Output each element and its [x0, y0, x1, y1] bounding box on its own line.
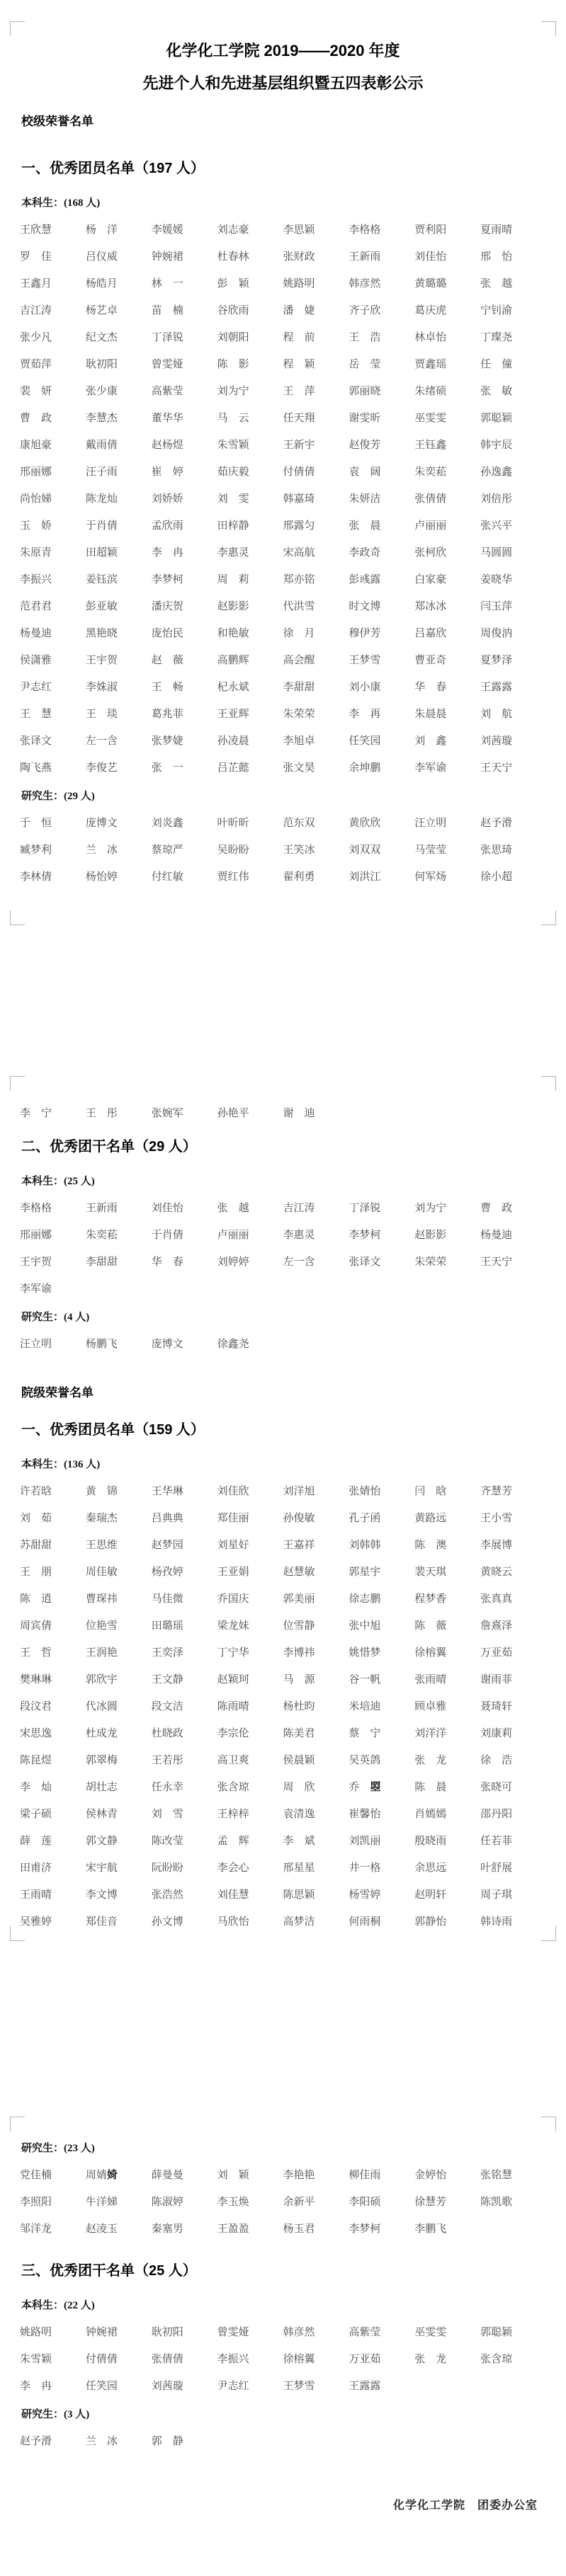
name-cell: 玉 娇	[20, 517, 86, 532]
name-cell: 李旭卓	[283, 733, 349, 748]
name-cell: 王 畅	[152, 679, 217, 694]
name-cell: 贾红伟	[217, 869, 283, 883]
name-cell: 赵俊芳	[349, 437, 414, 452]
name-cell: 樊琳琳	[20, 1671, 86, 1686]
name-cell: 时文博	[349, 598, 414, 613]
name-cell: 王奕泽	[152, 1644, 217, 1659]
name-cell: 朱原青	[20, 544, 86, 559]
group-label: 本科生：(136 人)	[21, 1457, 546, 1472]
name-cell: 刘为宁	[217, 383, 283, 398]
name-cell: 任永幸	[152, 1779, 217, 1794]
name-cell: 米培迪	[349, 1698, 414, 1713]
margin-corner-bottom-right-mark	[541, 910, 556, 925]
name-cell: 张 晨	[349, 517, 414, 532]
name-grid-row: 汪立明杨鹏飞庞博文徐鑫尧	[20, 1329, 546, 1356]
name-cell: 王宇贺	[20, 1254, 86, 1269]
name-grid: 于 恒庞博文刘炎鑫叶昕昕范东双黄欣欣汪立明赵予滑臧梦利兰 冰蔡琼严吴盼盼王笑冰刘…	[20, 808, 546, 889]
name-cell: 卢丽丽	[217, 1227, 283, 1242]
name-cell: 赵凌玉	[86, 2221, 152, 2236]
name-cell: 陈 薇	[414, 1618, 480, 1632]
name-grid: 李 宁王 彤张婉军孙艳平谢 迪	[20, 1099, 546, 1126]
name-cell: 张 龙	[414, 2351, 480, 2366]
name-cell: 王 慧	[20, 706, 86, 721]
name-grid: 许若晗黄 锦王华琳刘佳欣刘洋旭张婧怡闫 晗齐慧芳刘 茹秦瑞杰吕典典郑佳丽孙俊敏孔…	[20, 1477, 546, 1934]
group-label: 研究生：(29 人)	[21, 789, 546, 804]
name-cell: 杨玉君	[283, 2221, 349, 2236]
name-cell: 王若彤	[152, 1752, 217, 1767]
name-cell: 刘为宁	[414, 1200, 480, 1215]
name-cell: 郭聪颖	[480, 2324, 546, 2339]
name-grid-row: 范君君彭亚敏潘庆贺赵影影代洪雪时文博郑冰冰闫玉萍	[20, 592, 546, 619]
name-cell: 陈 晨	[414, 1779, 480, 1794]
name-cell: 杨怡婷	[86, 869, 152, 883]
name-cell: 李会心	[217, 1860, 283, 1874]
name-cell: 钟婉裙	[152, 248, 217, 263]
name-cell: 李军谕	[20, 1281, 86, 1295]
name-cell: 邢 怡	[480, 248, 546, 263]
name-grid-row: 朱雪颖付倩倩张倩倩李振兴徐榕翼万亚茹张 龙张含琼	[20, 2345, 546, 2371]
name-cell: 李甜甜	[86, 1254, 152, 1269]
name-cell: 耿初阳	[86, 356, 152, 371]
name-cell: 陈美君	[283, 1725, 349, 1740]
name-grid-row: 王 朋周佳敏杨孜婷王亚娟赵慧敏郭星宇裴天琪黄晓云	[20, 1557, 546, 1584]
name-cell: 杨鹏飞	[86, 1336, 152, 1351]
name-cell: 翟利勇	[283, 869, 349, 883]
name-grid-row: 李 宁王 彤张婉军孙艳平谢 迪	[20, 1099, 546, 1126]
name-cell: 姜晓华	[480, 571, 546, 586]
name-cell: 薛 莲	[20, 1833, 86, 1848]
name-cell: 贾利阳	[414, 222, 480, 236]
name-cell: 周佳敏	[86, 1564, 152, 1579]
margin-corner-bottom-left-mark	[10, 910, 25, 925]
name-cell: 梁子硕	[20, 1806, 86, 1821]
name-cell: 张浩然	[152, 1887, 217, 1901]
name-cell: 李 再	[349, 706, 414, 721]
name-cell: 付红敏	[152, 869, 217, 883]
name-cell: 任笑园	[349, 733, 414, 748]
name-cell: 王欣慧	[20, 222, 86, 236]
name-cell: 陈龙灿	[86, 491, 152, 505]
name-cell: 李宗伦	[217, 1725, 283, 1740]
name-cell: 刘朝阳	[217, 329, 283, 344]
name-cell: 张译文	[20, 733, 86, 748]
name-cell: 詹熹泽	[480, 1618, 546, 1632]
name-cell: 孙艳平	[217, 1105, 283, 1120]
name-cell: 宋思逸	[20, 1725, 86, 1740]
name-cell: 侯潇雅	[20, 652, 86, 667]
name-cell: 刘 茹	[20, 1510, 86, 1525]
name-cell: 裴天琪	[414, 1564, 480, 1579]
name-cell: 刘佳怡	[152, 1200, 217, 1215]
name-cell: 李 宁	[20, 1105, 86, 1120]
name-cell: 华 春	[414, 679, 480, 694]
name-cell: 纪文杰	[86, 329, 152, 344]
name-cell: 代洪雪	[283, 598, 349, 613]
name-cell: 周 莉	[217, 571, 283, 586]
name-cell: 庞怡民	[152, 625, 217, 640]
name-cell: 杨艺卓	[86, 302, 152, 317]
name-cell: 柳佳雨	[349, 2167, 414, 2182]
name-cell: 段文洁	[152, 1698, 217, 1713]
name-cell: 尹志红	[20, 679, 86, 694]
margin-corner-top-left-mark	[10, 21, 25, 36]
name-cell: 齐子欣	[349, 302, 414, 317]
name-grid-row: 田甫济宋宇航阮盼盼李会心邢星星井一格余思远叶舒展	[20, 1853, 546, 1880]
name-cell: 刘 雪	[152, 1806, 217, 1821]
name-cell: 韩嘉琦	[283, 491, 349, 505]
name-cell: 李 灿	[20, 1779, 86, 1794]
name-grid-row: 薛 莲郭文静陈改莹孟 辉李 斌刘凯丽殷晓雨任若菲	[20, 1826, 546, 1853]
name-cell: 余坤鹏	[349, 760, 414, 774]
name-cell: 吕典典	[152, 1510, 217, 1525]
name-cell: 刘倍彤	[480, 491, 546, 505]
name-cell: 王亚辉	[217, 706, 283, 721]
name-cell: 李梦柯	[152, 571, 217, 586]
name-cell: 李媛媛	[152, 222, 217, 236]
name-cell: 曹 政	[480, 1200, 546, 1215]
name-cell: 王思维	[86, 1537, 152, 1552]
name-cell: 王新宇	[283, 437, 349, 452]
document-canvas: 化学化工学院 2019——2020 年度先进个人和先进基层组织暨五四表彰公示校级…	[0, 0, 566, 2576]
name-grid-row: 张少凡纪文杰丁泽锐刘朝阳程 前王 浩林卓怡丁璨尧	[20, 323, 546, 350]
page-3: 研究生：(23 人)党佳楠周婧婍薛曼曼刘 颖李艳艳柳佳雨金婷怡张铭慧李照阳牛洋娣…	[0, 2117, 566, 2576]
name-cell: 张中旭	[349, 1618, 414, 1632]
name-cell: 张兴平	[480, 517, 546, 532]
name-cell: 刘星好	[217, 1537, 283, 1552]
name-grid-row: 樊琳琳郭欣宇王文静赵颖珂马 源谷一帆张雨晴谢雨菲	[20, 1665, 546, 1692]
name-cell: 于肖倩	[86, 517, 152, 532]
name-cell: 黄 锦	[86, 1483, 152, 1498]
name-cell: 王天宁	[480, 760, 546, 774]
name-cell: 王 萍	[283, 383, 349, 398]
name-grid-row: 李格格王新雨刘佳怡张 越吉江涛丁泽锐刘为宁曹 政	[20, 1193, 546, 1220]
name-cell: 邢丽娜	[20, 1227, 86, 1242]
name-cell: 王梦雪	[349, 652, 414, 667]
name-cell: 姚惜梦	[349, 1644, 414, 1659]
name-cell: 任天翔	[283, 410, 349, 425]
name-cell: 蔡琼严	[152, 842, 217, 857]
name-cell: 王天宁	[480, 1254, 546, 1269]
name-cell: 吕仪威	[86, 248, 152, 263]
group-label: 本科生：(168 人)	[21, 195, 546, 211]
name-cell: 刘佳欣	[217, 1483, 283, 1498]
name-grid-row: 陶飞燕李俊艺张 一吕芷懿张文昊余坤鹏李军谕王天宁	[20, 753, 546, 780]
name-cell: 王钰鑫	[414, 437, 480, 452]
name-cell: 刘洋洋	[414, 1725, 480, 1740]
name-cell: 钟婉裙	[86, 2324, 152, 2339]
name-cell: 杜春林	[217, 248, 283, 263]
name-cell: 范君君	[20, 598, 86, 613]
name-grid-row: 梁子硕侯林青刘 雪王梓梓袁清逸崔馨怡肖嫣嫣邵丹阳	[20, 1799, 546, 1826]
name-cell: 巫雯雯	[414, 410, 480, 425]
name-cell: 陈昆煜	[20, 1752, 86, 1767]
name-cell: 李博祎	[283, 1644, 349, 1659]
name-grid-row: 党佳楠周婧婍薛曼曼刘 颖李艳艳柳佳雨金婷怡张铭慧	[20, 2160, 546, 2187]
name-cell: 殷晓雨	[414, 1833, 480, 1848]
name-cell: 韩诗雨	[480, 1913, 546, 1928]
name-cell: 林 一	[152, 275, 217, 290]
margin-corner-bottom-left-mark	[10, 1926, 25, 1941]
name-cell: 朱雪颖	[217, 437, 283, 452]
name-cell: 李思颖	[283, 222, 349, 236]
name-cell: 王 彤	[86, 1105, 152, 1120]
name-cell: 王新雨	[86, 1200, 152, 1215]
name-cell: 李惠灵	[217, 544, 283, 559]
name-cell: 徐小超	[480, 869, 546, 883]
name-grid-row: 周宾倩位艳雪田璐瑶梁龙妹位雪静张中旭陈 薇詹熹泽	[20, 1611, 546, 1638]
name-cell: 丁泽锐	[349, 1200, 414, 1215]
name-cell: 黄欣欣	[349, 815, 414, 830]
name-cell: 潘 婕	[283, 302, 349, 317]
name-cell: 王亚娟	[217, 1564, 283, 1579]
name-cell: 程梦香	[414, 1591, 480, 1605]
name-cell: 李政奇	[349, 544, 414, 559]
name-grid-row: 宋思逸杜成龙杜晓政李宗伦陈美君蔡 宁刘洋洋刘康莉	[20, 1719, 546, 1746]
name-cell: 王文静	[152, 1671, 217, 1686]
name-cell: 李俊艺	[86, 760, 152, 774]
name-cell: 田甫济	[20, 1860, 86, 1874]
name-cell: 党佳楠	[20, 2167, 86, 2182]
name-cell: 马欣怡	[217, 1913, 283, 1928]
name-cell: 姜钰滨	[86, 571, 152, 586]
name-cell: 韩彦然	[283, 2324, 349, 2339]
name-cell: 谢雨菲	[480, 1671, 546, 1686]
name-grid-row: 李 灿胡壮志任永幸张含琼周 欣乔 曌陈 晨张晓可	[20, 1773, 546, 1799]
name-cell: 赵杨煜	[152, 437, 217, 452]
name-cell: 秦塞男	[152, 2221, 217, 2236]
name-cell: 陈思颖	[283, 1887, 349, 1901]
name-cell: 曹亚奇	[414, 652, 480, 667]
name-cell: 高会醒	[283, 652, 349, 667]
name-cell: 李 冉	[152, 544, 217, 559]
name-cell: 杨皓月	[86, 275, 152, 290]
margin-corner-top-left-mark	[10, 1076, 25, 1091]
name-cell: 刘婷婷	[217, 1254, 283, 1269]
name-cell: 白家豪	[414, 571, 480, 586]
name-cell: 刘洪江	[349, 869, 414, 883]
name-cell: 张 越	[480, 275, 546, 290]
name-grid-row: 王 哲王润艳王奕泽丁宁华李博祎姚惜梦徐榕翼万亚茹	[20, 1638, 546, 1665]
margin-corner-bottom-right-mark	[541, 1926, 556, 1941]
name-cell: 夏雨晴	[480, 222, 546, 236]
name-cell: 崔馨怡	[349, 1806, 414, 1821]
name-cell: 崔 婷	[152, 464, 217, 479]
name-cell: 付倩倩	[86, 2351, 152, 2366]
name-cell: 陈凯歌	[480, 2194, 546, 2209]
name-cell: 位艳雪	[86, 1618, 152, 1632]
name-cell: 刘小康	[349, 679, 414, 694]
name-cell: 康旭豪	[20, 437, 86, 452]
name-grid-row: 刘 茹秦瑞杰吕典典郑佳丽孙俊敏孔子函黄路远王小雪	[20, 1504, 546, 1530]
subsection-heading: 一、优秀团员名单（159 人）	[21, 1420, 546, 1440]
name-cell: 郭丽晓	[349, 383, 414, 398]
name-cell: 张文昊	[283, 760, 349, 774]
name-cell: 姚路明	[283, 275, 349, 290]
name-cell: 李展博	[480, 1537, 546, 1552]
name-cell: 赵予滑	[480, 815, 546, 830]
name-cell: 刘洋旭	[283, 1483, 349, 1498]
name-cell: 王梓梓	[217, 1806, 283, 1821]
name-cell: 王小雪	[480, 1510, 546, 1525]
name-cell: 赵慧敏	[283, 1564, 349, 1579]
name-cell: 朱雪颖	[20, 2351, 86, 2366]
name-cell: 王 哲	[20, 1644, 86, 1659]
name-cell: 刘双双	[349, 842, 414, 857]
name-cell: 汪子雨	[86, 464, 152, 479]
name-cell: 丁泽锐	[152, 329, 217, 344]
name-cell: 王华琳	[152, 1483, 217, 1498]
name-cell: 吉江涛	[283, 1200, 349, 1215]
name-cell: 金婷怡	[414, 2167, 480, 2182]
name-cell: 杨曼迪	[480, 1227, 546, 1242]
page-2: 李 宁王 彤张婉军孙艳平谢 迪二、优秀团干名单（29 人）本科生：(25 人)李…	[0, 1076, 566, 1941]
name-cell: 薛曼曼	[152, 2167, 217, 2182]
name-cell: 代冰圆	[86, 1698, 152, 1713]
name-cell: 尚怡娣	[20, 491, 86, 505]
name-cell: 徐 月	[283, 625, 349, 640]
name-cell: 肖嫣嫣	[414, 1806, 480, 1821]
name-cell: 贾茹萍	[20, 356, 86, 371]
name-cell: 孟 辉	[217, 1833, 283, 1848]
name-cell: 李军谕	[414, 760, 480, 774]
name-cell: 罗 佳	[20, 248, 86, 263]
name-cell: 曹琛祎	[86, 1591, 152, 1605]
name-cell: 蔡 宁	[349, 1725, 414, 1740]
name-cell: 林卓怡	[414, 329, 480, 344]
name-cell: 谷一帆	[349, 1671, 414, 1686]
name-cell: 朱荣荣	[414, 1254, 480, 1269]
name-cell: 范东双	[283, 815, 349, 830]
name-cell: 杜成龙	[86, 1725, 152, 1740]
name-cell: 郑佳音	[86, 1913, 152, 1928]
name-grid-row: 侯潇雅王宇贺赵 薇高鹏辉高会醒王梦雪曹亚奇夏梦泽	[20, 646, 546, 672]
doc-title-line-1: 化学化工学院 2019——2020 年度	[20, 38, 546, 64]
name-grid-row: 李林倩杨怡婷付红敏贾红伟翟利勇刘洪江何军炀徐小超	[20, 862, 546, 889]
name-cell: 赵影影	[414, 1227, 480, 1242]
name-cell: 宋高航	[283, 544, 349, 559]
name-cell: 裴 妍	[20, 383, 86, 398]
name-cell: 李梦柯	[349, 1227, 414, 1242]
name-cell: 陈改莹	[152, 1833, 217, 1848]
name-grid-row: 于 恒庞博文刘炎鑫叶昕昕范东双黄欣欣汪立明赵予滑	[20, 808, 546, 835]
name-grid-row: 吴雅婷郑佳音孙文博马欣怡高梦洁何雨桐郭静怡韩诗雨	[20, 1907, 546, 1934]
name-cell: 李照阳	[20, 2194, 86, 2209]
name-cell: 卢丽丽	[414, 517, 480, 532]
name-cell: 高卫爽	[217, 1752, 283, 1767]
name-cell: 王嘉祥	[283, 1537, 349, 1552]
name-cell: 宁钊渝	[480, 302, 546, 317]
name-cell: 臧梦利	[20, 842, 86, 857]
name-cell: 张婉军	[152, 1105, 217, 1120]
name-grid-row: 李军谕	[20, 1274, 546, 1301]
name-cell: 乔 曌	[349, 1779, 414, 1794]
name-cell: 田超颖	[86, 544, 152, 559]
name-cell: 王宇贺	[86, 652, 152, 667]
name-cell: 于肖倩	[152, 1227, 217, 1242]
name-grid-row: 段汶君代冰圆段文洁陈雨晴杨杜昀米培迪顾卓雅聂琦轩	[20, 1692, 546, 1719]
name-cell: 徐志鹏	[349, 1591, 414, 1605]
name-grid-row: 尹志红李姝淑王 畅杞永斌李甜甜刘小康华 春王露露	[20, 672, 546, 699]
name-cell: 朱奕菘	[414, 464, 480, 479]
name-cell: 苗 楠	[152, 302, 217, 317]
name-cell: 黄璐璐	[414, 275, 480, 290]
name-cell: 张财政	[283, 248, 349, 263]
name-cell: 刘 雯	[217, 491, 283, 505]
name-grid-row: 陈 逍曹琛祎马佳微乔国庆郭美丽徐志鹏程梦香张真真	[20, 1584, 546, 1611]
name-cell: 田梓静	[217, 517, 283, 532]
name-grid-row: 李 冉任笑园刘茜璇尹志红王梦雪王露露	[20, 2371, 546, 2398]
page-3-content: 研究生：(23 人)党佳楠周婧婍薛曼曼刘 颖李艳艳柳佳雨金婷怡张铭慧李照阳牛洋娣…	[0, 2117, 566, 2512]
name-cell: 葛庆虎	[414, 302, 480, 317]
margin-corner-top-right-mark	[541, 2117, 556, 2131]
name-cell: 赵梦园	[152, 1537, 217, 1552]
name-grid-row: 臧梦利兰 冰蔡琼严吴盼盼王笑冰刘双双马莹莹张思琦	[20, 835, 546, 862]
name-cell: 郭欣宇	[86, 1671, 152, 1686]
name-cell: 刘志豪	[217, 222, 283, 236]
name-cell: 李惠灵	[283, 1227, 349, 1242]
name-cell: 刘佳怡	[414, 248, 480, 263]
name-cell: 井一格	[349, 1860, 414, 1874]
margin-corner-top-right-mark	[541, 1076, 556, 1091]
name-cell: 孟欣雨	[152, 517, 217, 532]
name-grid-row: 赵予滑兰 冰郭 静	[20, 2427, 546, 2454]
name-cell: 张少凡	[20, 329, 86, 344]
name-cell: 王 朋	[20, 1564, 86, 1579]
name-cell: 王盈盈	[217, 2221, 283, 2236]
name-cell: 郭文静	[86, 1833, 152, 1848]
name-cell: 郭星宇	[349, 1564, 414, 1579]
name-cell: 和艳敏	[217, 625, 283, 640]
name-cell: 彭彧露	[349, 571, 414, 586]
name-cell: 刘炎鑫	[152, 815, 217, 830]
page-2-content: 李 宁王 彤张婉军孙艳平谢 迪二、优秀团干名单（29 人）本科生：(25 人)李…	[0, 1076, 566, 1934]
name-cell: 贾鑫瑶	[414, 356, 480, 371]
margin-corner-top-right-mark	[541, 21, 556, 36]
name-cell: 杞永斌	[217, 679, 283, 694]
name-cell: 张思琦	[480, 842, 546, 857]
name-cell: 刘 航	[480, 706, 546, 721]
name-cell: 任若菲	[480, 1833, 546, 1848]
name-cell: 袁清逸	[283, 1806, 349, 1821]
name-cell: 刘凯丽	[349, 1833, 414, 1848]
name-cell: 周子琪	[480, 1887, 546, 1901]
name-cell: 叶昕昕	[217, 815, 283, 830]
name-grid-row: 李照阳牛洋娣陈淑婷李玉焕余新平李阳硕徐慧芳陈凯歌	[20, 2187, 546, 2214]
name-grid-row: 王雨晴李文博张浩然刘佳慧陈思颖杨雪婷赵明轩周子琪	[20, 1880, 546, 1907]
name-cell: 曾雯娅	[152, 356, 217, 371]
name-cell: 张 一	[152, 760, 217, 774]
name-grid-row: 张译文左一含张梦婕孙凌晨李旭卓任笑园刘 鑫刘茜璇	[20, 726, 546, 753]
name-cell: 吴英鸽	[349, 1752, 414, 1767]
name-cell: 马佳微	[152, 1591, 217, 1605]
name-cell: 谢 迪	[283, 1105, 349, 1120]
name-cell: 侯林青	[86, 1806, 152, 1821]
name-cell: 顾卓雅	[414, 1698, 480, 1713]
name-cell: 王 浩	[349, 329, 414, 344]
name-cell: 岳 莹	[349, 356, 414, 371]
name-grid-row: 尚怡娣陈龙灿刘娇娇刘 雯韩嘉琦朱妍洁张倩倩刘倍彤	[20, 484, 546, 511]
name-cell: 闫玉萍	[480, 598, 546, 613]
name-cell: 吉江涛	[20, 302, 86, 317]
name-cell: 徐榕翼	[283, 2351, 349, 2366]
name-cell: 万亚茹	[480, 1644, 546, 1659]
name-cell: 高紫莹	[152, 383, 217, 398]
name-cell: 庞博文	[152, 1336, 217, 1351]
name-cell: 邵丹阳	[480, 1806, 546, 1821]
name-cell: 杨曼迪	[20, 625, 86, 640]
name-cell: 张 敏	[480, 383, 546, 398]
name-cell: 王润艳	[86, 1644, 152, 1659]
